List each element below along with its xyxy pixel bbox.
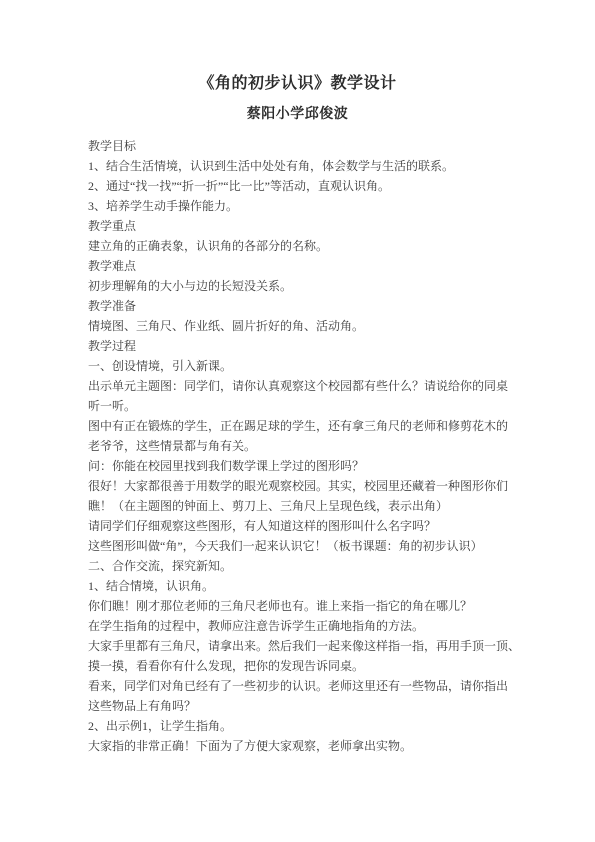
text-line: 请同学们仔细观察这些图形，有人知道这样的图形叫什么名字吗？	[88, 516, 508, 536]
text-line: 出示单元主题图：同学们，请你认真观察这个校园都有些什么？请说给你的同桌	[88, 376, 508, 396]
text-line: 一、创设情境，引入新课。	[88, 356, 508, 376]
text-line: 大家手里都有三角尺，请拿出来。然后我们一起来像这样指一指，再用手顶一顶、	[88, 636, 508, 656]
text-line: 2、出示例1，让学生指角。	[88, 716, 508, 736]
text-line: 在学生指角的过程中，教师应注意告诉学生正确地指角的方法。	[88, 616, 508, 636]
document-author: 蔡阳小学邱俊波	[0, 106, 595, 124]
text-line: 看来，同学们对角已经有了一些初步的认识。老师这里还有一些物品，请你指出	[88, 676, 508, 696]
document-page: 《角的初步认识》教学设计 蔡阳小学邱俊波 教学目标 1、结合生活情境，认识到生活…	[0, 0, 595, 842]
text-line: 教学过程	[88, 336, 508, 356]
document-title: 《角的初步认识》教学设计	[0, 74, 595, 94]
text-line: 1、结合情境，认识角。	[88, 576, 508, 596]
text-line: 这些物品上有角吗？	[88, 696, 508, 716]
text-line: 摸一摸，看看你有什么发现，把你的发现告诉同桌。	[88, 656, 508, 676]
text-line: 教学重点	[88, 216, 508, 236]
text-line: 建立角的正确表象，认识角的各部分的名称。	[88, 236, 508, 256]
text-line: 这些图形叫做“角”，今天我们一起来认识它！（板书课题：角的初步认识）	[88, 536, 508, 556]
text-line: 教学准备	[88, 296, 508, 316]
text-line: 教学目标	[88, 136, 508, 156]
text-line: 问：你能在校园里找到我们数学课上学过的图形吗？	[88, 456, 508, 476]
text-line: 图中有正在锻炼的学生，正在踢足球的学生，还有拿三角尺的老师和修剪花木的	[88, 416, 508, 436]
text-line: 1、结合生活情境，认识到生活中处处有角，体会数学与生活的联系。	[88, 156, 508, 176]
text-line: 听一听。	[88, 396, 508, 416]
text-line: 瞧！（在主题图的钟面上、剪刀上、三角尺上呈现色线，表示出角）	[88, 496, 508, 516]
text-line: 2、通过“找一找”“折一折”“比一比”等活动，直观认识角。	[88, 176, 508, 196]
text-line: 3、培养学生动手操作能力。	[88, 196, 508, 216]
text-line: 你们瞧！刚才那位老师的三角尺老师也有。谁上来指一指它的角在哪儿？	[88, 596, 508, 616]
text-line: 初步理解角的大小与边的长短没关系。	[88, 276, 508, 296]
text-line: 大家指的非常正确！下面为了方便大家观察，老师拿出实物。	[88, 736, 508, 756]
text-line: 教学难点	[88, 256, 508, 276]
text-line: 情境图、三角尺、作业纸、圆片折好的角、活动角。	[88, 316, 508, 336]
text-line: 很好！大家都很善于用数学的眼光观察校园。其实，校园里还藏着一种图形你们	[88, 476, 508, 496]
text-line: 二、合作交流，探究新知。	[88, 556, 508, 576]
document-body: 教学目标 1、结合生活情境，认识到生活中处处有角，体会数学与生活的联系。 2、通…	[88, 136, 508, 756]
text-line: 老爷爷，这些情景都与角有关。	[88, 436, 508, 456]
